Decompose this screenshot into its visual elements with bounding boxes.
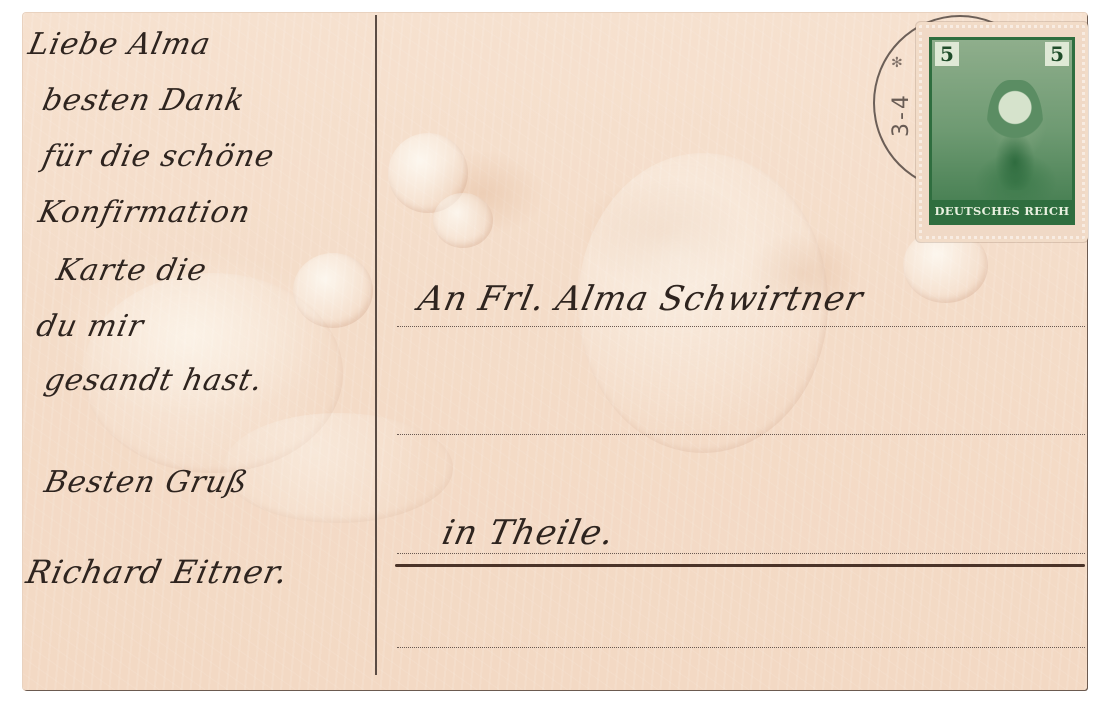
emboss-flower-2 (433, 193, 493, 248)
stamp-value-right: 5 (1045, 42, 1069, 66)
message-line-2: besten Dank (39, 83, 248, 118)
postage-stamp: 5 5 DEUTSCHES REICH (919, 25, 1085, 239)
address-line-1: An Frl. Alma Schwirtner (415, 279, 867, 319)
address-dotted-line-3 (397, 553, 1085, 554)
emboss-flower-4 (903, 228, 988, 303)
postmark-date: 3-4 (889, 92, 914, 137)
stamp-design: 5 5 DEUTSCHES REICH (929, 37, 1075, 225)
address-dotted-line-4 (397, 647, 1085, 648)
message-line-8: Besten Gruß (41, 465, 251, 500)
message-line-5: Karte die (53, 253, 210, 288)
address-dotted-line-1 (397, 326, 1085, 327)
address-underline (395, 564, 1085, 567)
postmark-star-icon: ✻ (891, 55, 903, 71)
stamp-country-label: DEUTSCHES REICH (932, 200, 1072, 222)
address-line-2: in Theile. (439, 513, 618, 553)
postcard: Liebe Alma besten Dank für die schöne Ko… (23, 13, 1087, 690)
message-line-7: gesandt hast. (41, 363, 266, 398)
emboss-leaf (223, 413, 453, 523)
germania-portrait-icon (987, 80, 1043, 190)
message-line-6: du mir (33, 309, 147, 344)
signature: Richard Eitner. (23, 553, 292, 591)
stamp-value-left: 5 (935, 42, 959, 66)
message-line-3: für die schöne (39, 139, 277, 174)
divider-line (375, 15, 377, 675)
address-dotted-line-2 (397, 434, 1085, 435)
message-line-4: Konfirmation (35, 195, 254, 230)
message-line-1: Liebe Alma (25, 27, 214, 62)
